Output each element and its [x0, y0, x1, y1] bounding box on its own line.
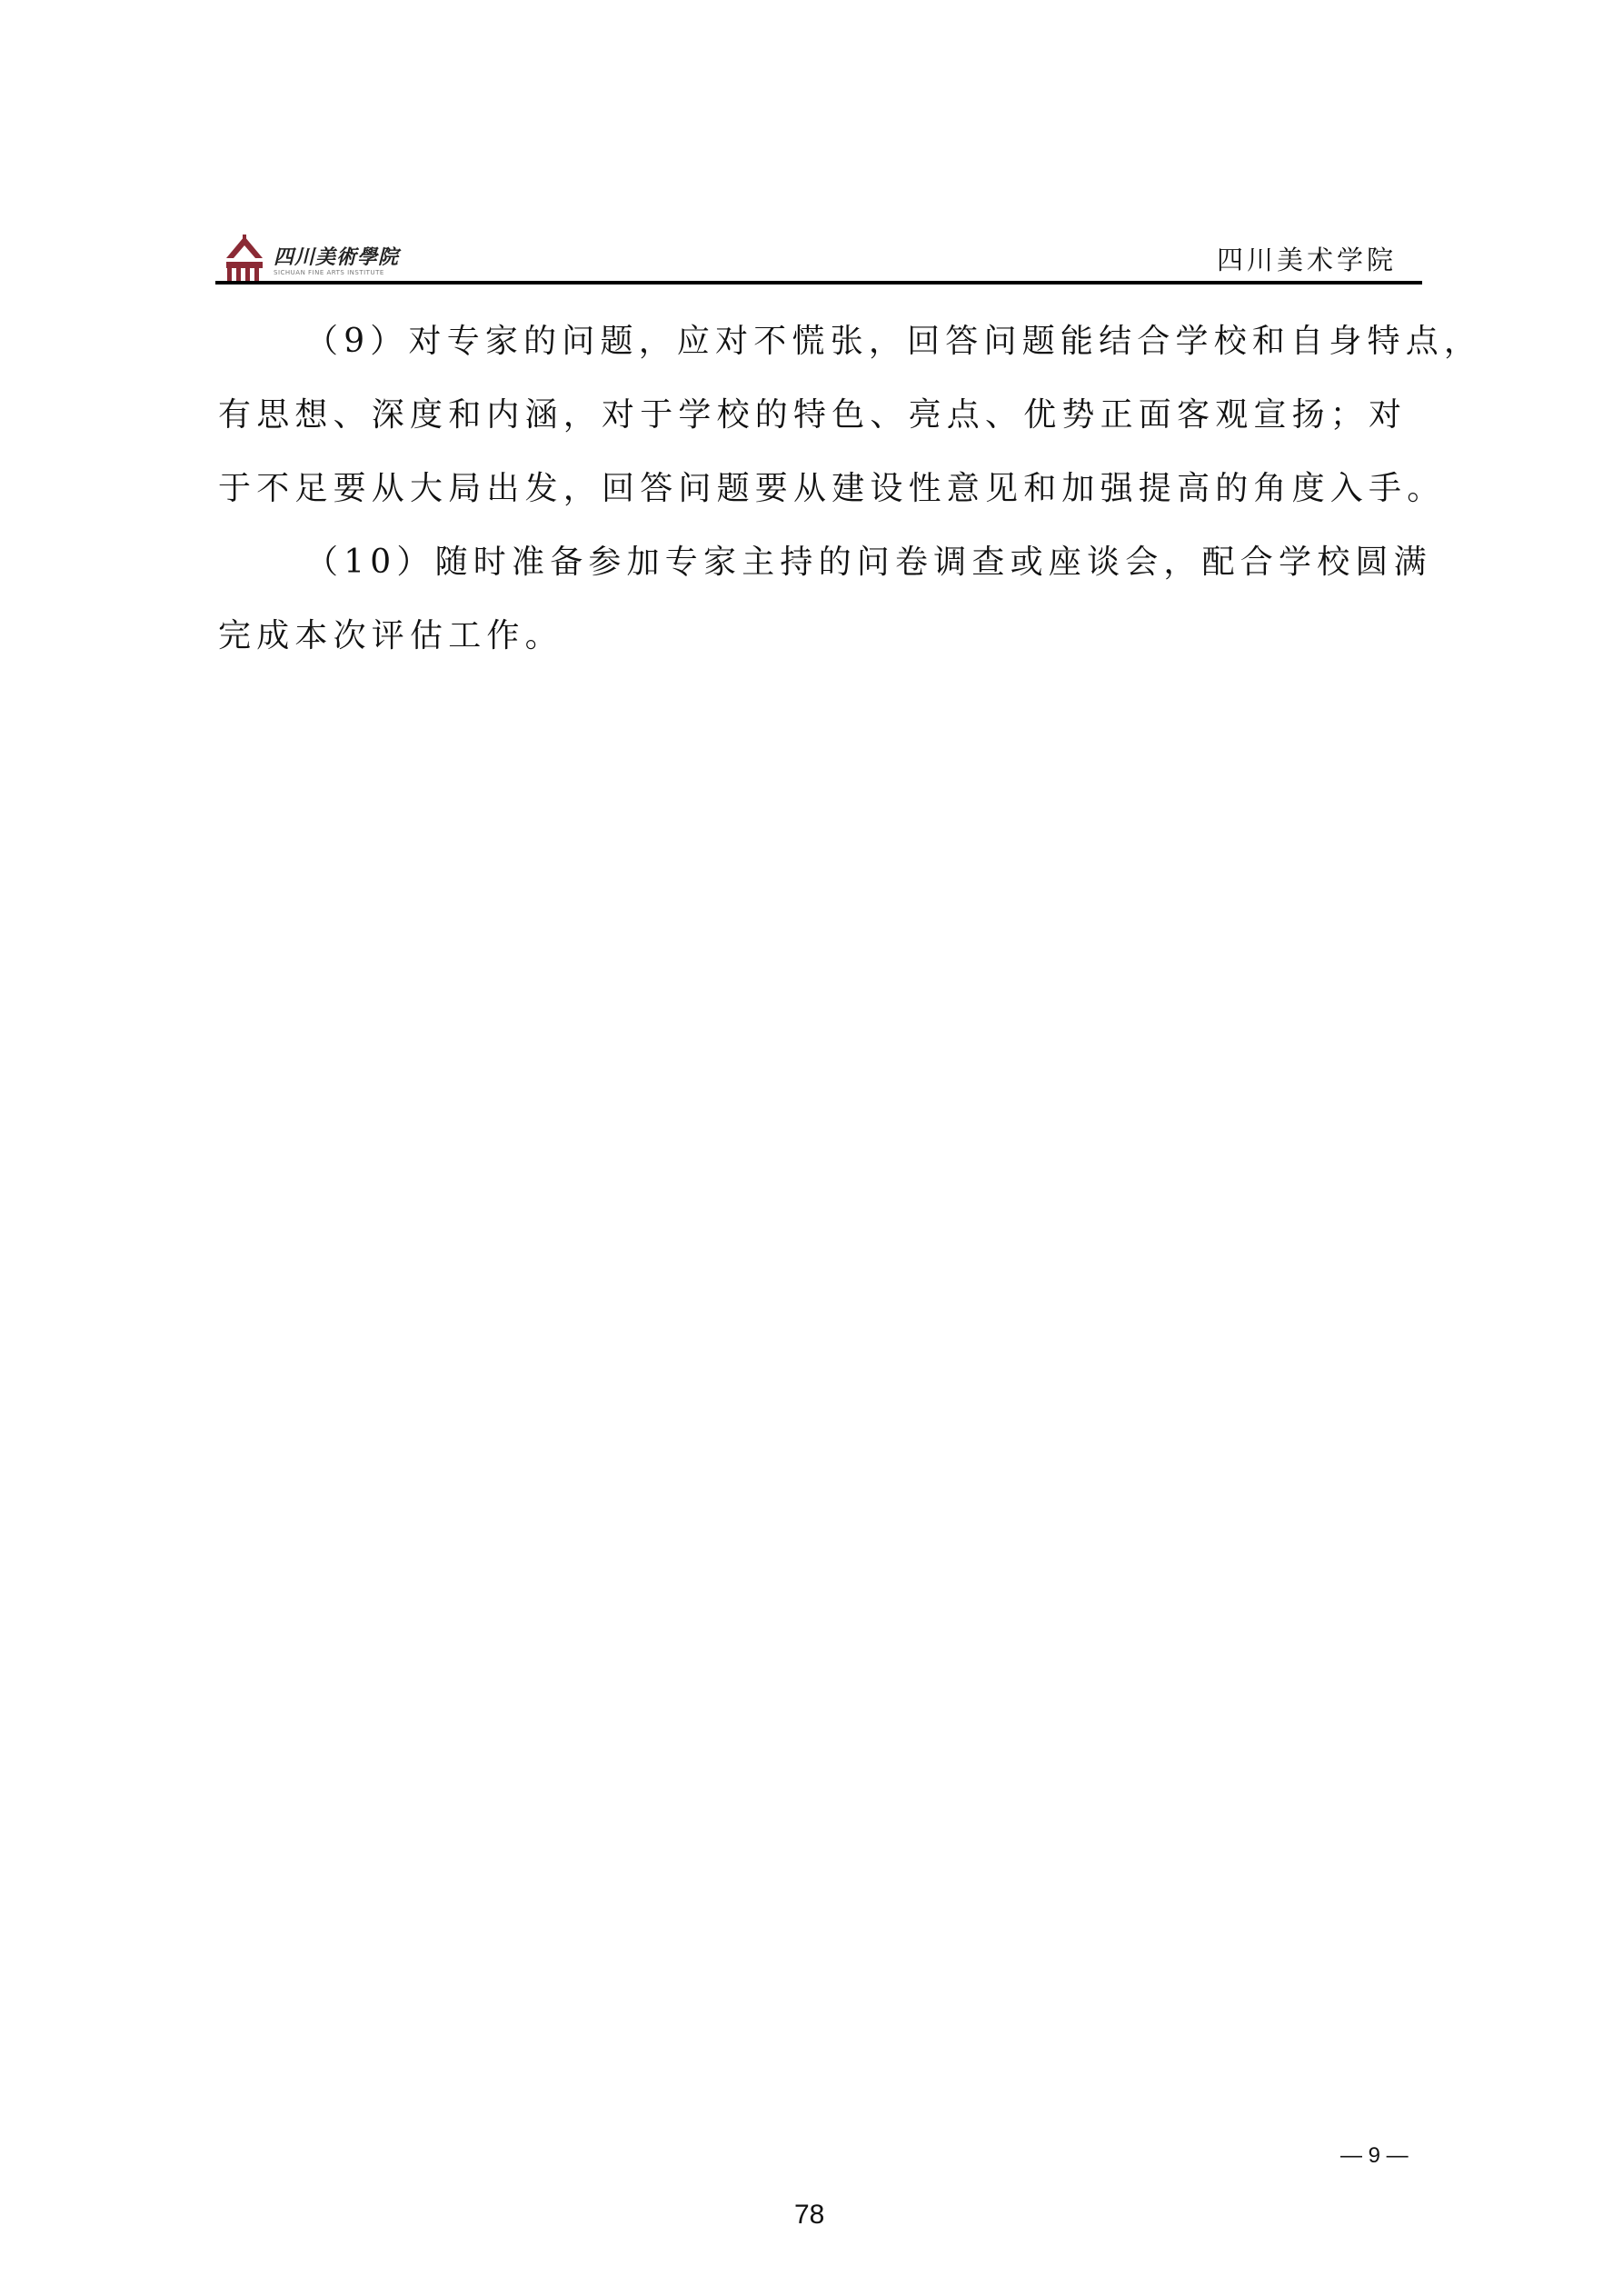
building-gate-icon — [224, 235, 264, 282]
institution-logo: 四川美術學院 SICHUAN FINE ARTS INSTITUTE — [215, 235, 415, 282]
pdf-page-number: 78 — [794, 2200, 824, 2231]
logo-chinese-name: 四川美術學院 — [274, 242, 399, 270]
header-divider — [215, 281, 1422, 285]
paragraph-10-line-2: 完成本次评估工作。 — [218, 599, 1436, 673]
logo-english-name: SICHUAN FINE ARTS INSTITUTE — [274, 269, 384, 276]
document-page-folio: — 9 — — [1340, 2143, 1409, 2169]
paragraph-9-line-1: （9）对专家的问题，应对不慌张，回答问题能结合学校和自身特点， — [218, 304, 1436, 378]
body-text: （9）对专家的问题，应对不慌张，回答问题能结合学校和自身特点， 有思想、深度和内… — [218, 304, 1436, 673]
paragraph-9-line-3: 于不足要从大局出发，回答问题要从建设性意见和加强提高的角度入手。 — [218, 452, 1436, 525]
paragraph-10-line-1: （10）随时准备参加专家主持的问卷调查或座谈会，配合学校圆满 — [218, 525, 1436, 599]
page-header: 四川美術學院 SICHUAN FINE ARTS INSTITUTE 四川美术学… — [215, 227, 1422, 285]
paragraph-9-line-2: 有思想、深度和内涵，对于学校的特色、亮点、优势正面客观宣扬；对 — [218, 378, 1436, 452]
header-title: 四川美术学院 — [1217, 240, 1397, 277]
